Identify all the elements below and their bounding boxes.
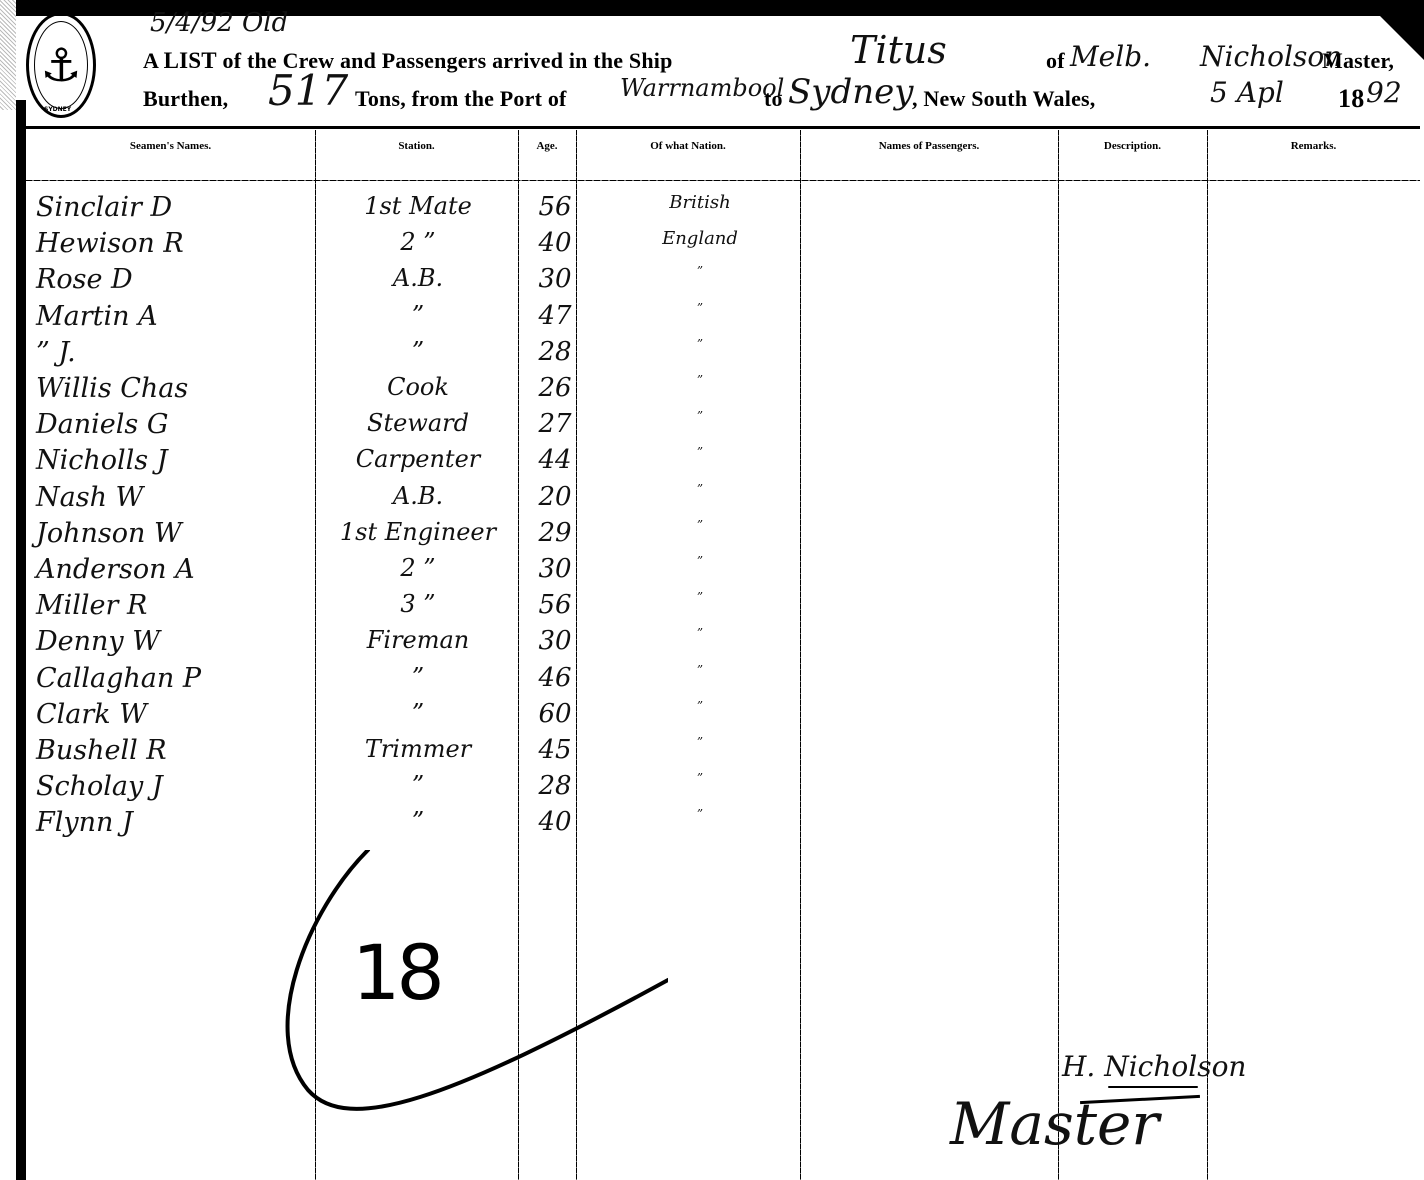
crew-nation: ” (600, 409, 800, 423)
scan-speckle (0, 0, 16, 110)
tonnage: 517 (268, 66, 348, 115)
crew-age: 47 (520, 301, 590, 331)
crew-nation: England (600, 228, 800, 249)
crew-station: Carpenter (320, 445, 516, 473)
crew-station: Cook (320, 373, 516, 401)
crew-name: Miller R (36, 590, 311, 621)
crew-station: A.B. (320, 482, 516, 510)
crew-name: Martin A (36, 301, 311, 332)
crew-age: 40 (520, 228, 590, 258)
crew-name: Rose D (36, 264, 311, 295)
crew-age: 46 (520, 663, 590, 693)
crew-nation: British (600, 192, 800, 213)
annotation-date: 5/4/92 Old (150, 8, 288, 38)
crew-age: 60 (520, 699, 590, 729)
to-port: Sydney (788, 72, 914, 112)
header-tons-label: Tons, from the Port of (355, 86, 567, 112)
column-header-passengers: Names of Passengers. (800, 140, 1058, 152)
column-header-description: Description. (1058, 140, 1207, 152)
crew-nation: ” (600, 663, 800, 677)
header-line-1: A LIST of the Crew and Passengers arrive… (143, 48, 673, 74)
table-row: Martin A”47” (0, 301, 1424, 337)
column-header-rule (26, 180, 1420, 181)
crew-name: Willis Chas (36, 373, 311, 404)
table-row: Willis ChasCook26” (0, 373, 1424, 409)
table-row: Callaghan P”46” (0, 663, 1424, 699)
seal-bottom-text: SYDNEY (44, 106, 71, 113)
crew-station: 1st Mate (320, 192, 516, 220)
anchor-icon: ⚓ (34, 21, 88, 109)
crew-tally: 18 (352, 928, 441, 1017)
crew-nation: ” (600, 301, 800, 315)
crew-nation: ” (600, 807, 800, 821)
header-burthen-label: Burthen, (143, 86, 228, 112)
table-row: Miller R3 ”56” (0, 590, 1424, 626)
crew-age: 56 (520, 192, 590, 222)
table-row: Hewison R2 ”40England (0, 228, 1424, 264)
crew-name: Hewison R (36, 228, 311, 259)
crew-station: 1st Engineer (320, 518, 516, 546)
crew-station: ” (320, 301, 516, 329)
crew-nation: ” (600, 445, 800, 459)
column-header-remarks: Remarks. (1207, 140, 1420, 152)
crew-name: Sinclair D (36, 192, 311, 223)
crew-name: Denny W (36, 626, 311, 657)
master-name: Nicholson (1200, 40, 1342, 73)
crew-age: 56 (520, 590, 590, 620)
crew-name: Anderson A (36, 554, 311, 585)
crew-name: ” J. (36, 337, 311, 368)
crew-name: Callaghan P (36, 663, 311, 694)
signature-underline (1108, 1086, 1198, 1088)
tally-bracket-icon (268, 850, 668, 1120)
header-of: of (1046, 48, 1065, 74)
table-row: Denny WFireman30” (0, 626, 1424, 662)
crew-station: 2 ” (320, 554, 516, 582)
crew-age: 45 (520, 735, 590, 765)
crew-age: 30 (520, 554, 590, 584)
crew-nation: ” (600, 590, 800, 604)
crew-name: Nash W (36, 482, 311, 513)
crew-nation: ” (600, 554, 800, 568)
table-row: Sinclair D1st Mate56British (0, 192, 1424, 228)
crew-nation: ” (600, 518, 800, 532)
header-nsw-label: , New South Wales, (912, 86, 1096, 112)
ship-name: Titus (850, 28, 947, 72)
crew-age: 28 (520, 771, 590, 801)
crew-station: ” (320, 807, 516, 835)
crew-age: 26 (520, 373, 590, 403)
table-row: Bushell RTrimmer45” (0, 735, 1424, 771)
table-row: Clark W”60” (0, 699, 1424, 735)
column-header-seamen-names: Seamen's Names. (26, 140, 315, 152)
crew-nation: ” (600, 626, 800, 640)
crew-nation: ” (600, 264, 800, 278)
crew-station: ” (320, 337, 516, 365)
crew-station: ” (320, 663, 516, 691)
crew-station: A.B. (320, 264, 516, 292)
crew-station: 3 ” (320, 590, 516, 618)
table-row: Anderson A2 ”30” (0, 554, 1424, 590)
crew-age: 29 (520, 518, 590, 548)
crew-station: Fireman (320, 626, 516, 654)
column-header-age: Age. (518, 140, 576, 152)
master-signature: H. Nicholson (1062, 1050, 1246, 1083)
arrival-date: 5 Apl (1210, 76, 1284, 109)
crew-name: Nicholls J (36, 445, 311, 476)
crew-nation: ” (600, 482, 800, 496)
table-row: Daniels GSteward27” (0, 409, 1424, 445)
crew-age: 28 (520, 337, 590, 367)
table-row: Flynn J”40” (0, 807, 1424, 843)
table-row: Scholay J”28” (0, 771, 1424, 807)
crew-station: Trimmer (320, 735, 516, 763)
crew-age: 44 (520, 445, 590, 475)
header-master-label: Master, (1322, 48, 1394, 74)
column-header-station: Station. (315, 140, 518, 152)
table-row: Nash WA.B.20” (0, 482, 1424, 518)
crew-age: 30 (520, 626, 590, 656)
header-to-label: to (764, 86, 783, 112)
department-seal: ⚓ (26, 12, 96, 118)
table-row: Rose DA.B.30” (0, 264, 1424, 300)
crew-nation: ” (600, 699, 800, 713)
column-header-nation: Of what Nation. (576, 140, 800, 152)
crew-nation: ” (600, 735, 800, 749)
crew-nation: ” (600, 771, 800, 785)
crew-nation: ” (600, 337, 800, 351)
crew-station: Steward (320, 409, 516, 437)
table-row: Nicholls JCarpenter44” (0, 445, 1424, 481)
header-list-word: LIST (164, 48, 217, 73)
crew-station: ” (320, 699, 516, 727)
crew-age: 27 (520, 409, 590, 439)
crew-name: Clark W (36, 699, 311, 730)
crew-age: 20 (520, 482, 590, 512)
crew-name: Bushell R (36, 735, 311, 766)
crew-name: Daniels G (36, 409, 311, 440)
year-handwritten: 92 (1366, 76, 1402, 109)
crew-station: ” (320, 771, 516, 799)
crew-station: 2 ” (320, 228, 516, 256)
crew-name: Scholay J (36, 771, 311, 802)
header-prefix: A (143, 48, 158, 73)
crew-age: 40 (520, 807, 590, 837)
crew-age: 30 (520, 264, 590, 294)
from-port: Warrnambool (620, 74, 784, 102)
crew-name: Johnson W (36, 518, 311, 549)
crew-nation: ” (600, 373, 800, 387)
table-row: Johnson W1st Engineer29” (0, 518, 1424, 554)
table-row: ” J.”28” (0, 337, 1424, 373)
port-of-registry: Melb. (1070, 40, 1151, 73)
crew-name: Flynn J (36, 807, 311, 838)
header-rule (26, 126, 1420, 129)
year-printed: 18 (1338, 84, 1364, 114)
